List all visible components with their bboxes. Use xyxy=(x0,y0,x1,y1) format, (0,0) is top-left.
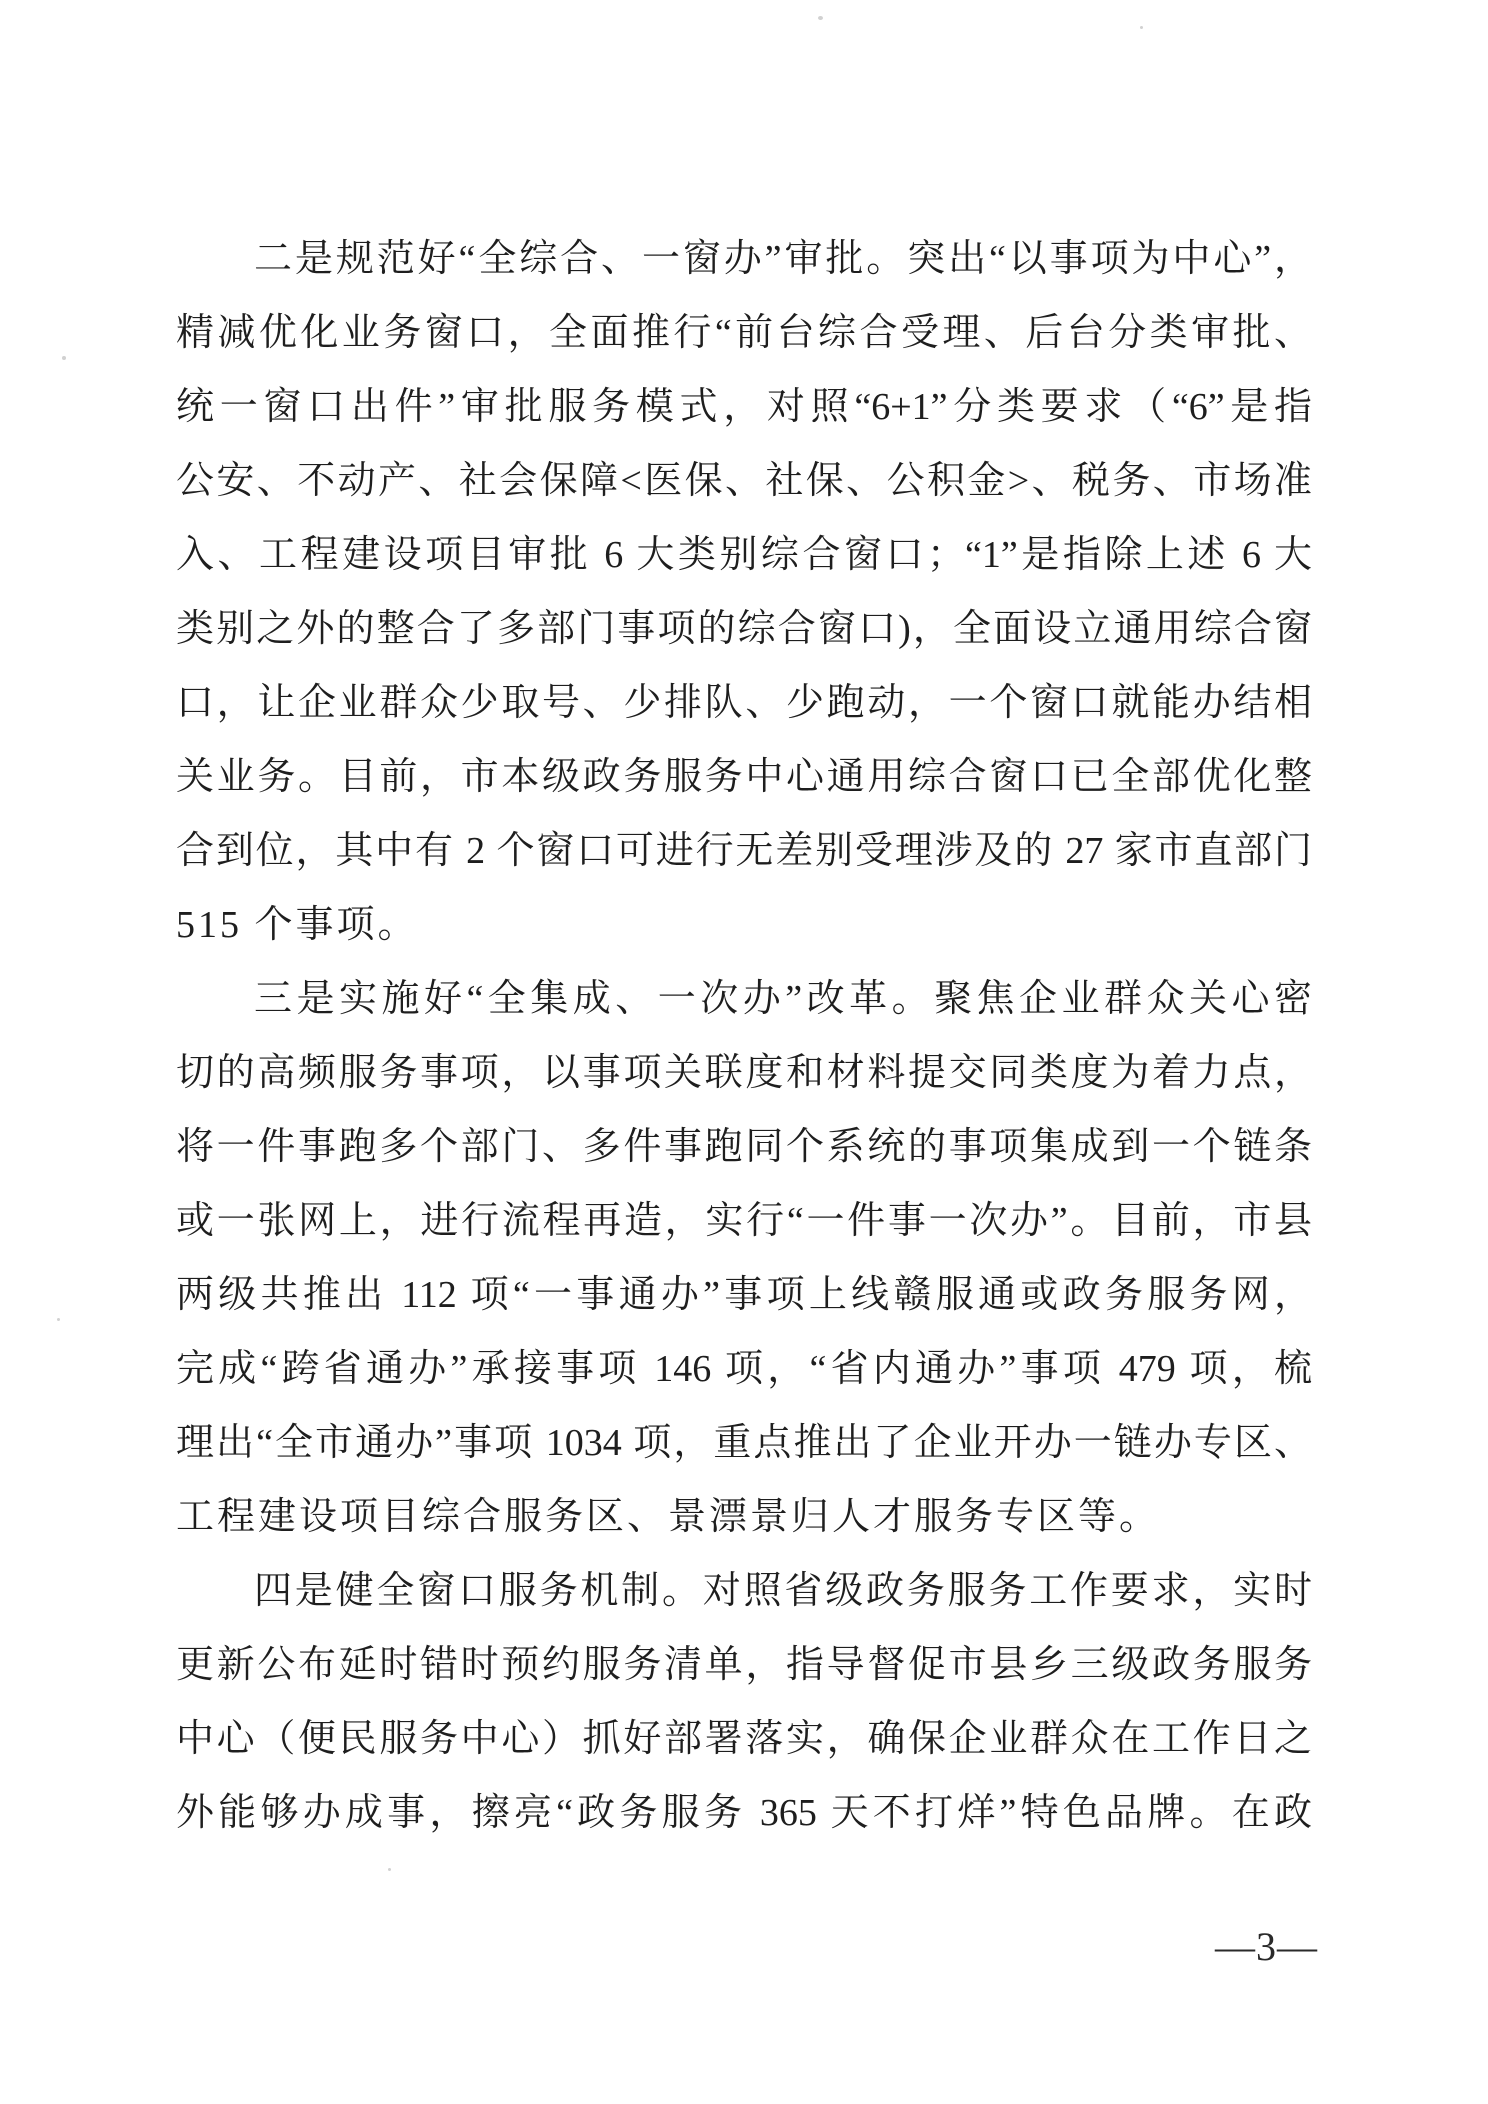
text-line: 关业务。目前，市本级政务服务中心通用综合窗口已全部优化整 xyxy=(176,740,1312,814)
scan-speck xyxy=(57,1318,60,1321)
scan-speck xyxy=(62,356,66,360)
text-line: 完成“跨省通办”承接事项 146 项，“省内通办”事项 479 项，梳 xyxy=(176,1332,1312,1406)
page-number: —3— xyxy=(1215,1922,1318,1972)
text-line: 四是健全窗口服务机制。对照省级政务服务工作要求，实时 xyxy=(176,1554,1312,1628)
text-line: 或一张网上，进行流程再造，实行“一件事一次办”。目前，市县 xyxy=(176,1184,1312,1258)
document-page: 二是规范好“全综合、一窗办”审批。突出“以事项为中心”，精减优化业务窗口，全面推… xyxy=(0,0,1488,2104)
text-line: 二是规范好“全综合、一窗办”审批。突出“以事项为中心”， xyxy=(176,222,1312,296)
text-line: 外能够办成事，擦亮“政务服务 365 天不打烊”特色品牌。在政 xyxy=(176,1776,1312,1850)
text-line: 精减优化业务窗口，全面推行“前台综合受理、后台分类审批、 xyxy=(176,296,1312,370)
text-line: 类别之外的整合了多部门事项的综合窗口)，全面设立通用综合窗 xyxy=(176,592,1312,666)
text-line: 切的高频服务事项，以事项关联度和材料提交同类度为着力点， xyxy=(176,1036,1312,1110)
text-line: 将一件事跑多个部门、多件事跑同个系统的事项集成到一个链条 xyxy=(176,1110,1312,1184)
text-line: 口，让企业群众少取号、少排队、少跑动，一个窗口就能办结相 xyxy=(176,666,1312,740)
text-line: 515 个事项。 xyxy=(176,888,1312,962)
text-line: 入、工程建设项目审批 6 大类别综合窗口；“1”是指除上述 6 大 xyxy=(176,518,1312,592)
document-body: 二是规范好“全综合、一窗办”审批。突出“以事项为中心”，精减优化业务窗口，全面推… xyxy=(176,222,1312,1850)
scan-speck xyxy=(388,1868,391,1871)
text-line: 理出“全市通办”事项 1034 项，重点推出了企业开办一链办专区、 xyxy=(176,1406,1312,1480)
paragraph: 四是健全窗口服务机制。对照省级政务服务工作要求，实时更新公布延时错时预约服务清单… xyxy=(176,1554,1312,1850)
scan-speck xyxy=(818,16,823,20)
paragraph: 三是实施好“全集成、一次办”改革。聚焦企业群众关心密切的高频服务事项，以事项关联… xyxy=(176,962,1312,1554)
text-line: 统一窗口出件”审批服务模式，对照“6+1”分类要求（“6”是指 xyxy=(176,370,1312,444)
text-line: 工程建设项目综合服务区、景漂景归人才服务专区等。 xyxy=(176,1480,1312,1554)
scan-speck xyxy=(1140,26,1143,29)
text-line: 两级共推出 112 项“一事通办”事项上线赣服通或政务服务网， xyxy=(176,1258,1312,1332)
text-line: 中心（便民服务中心）抓好部署落实，确保企业群众在工作日之 xyxy=(176,1702,1312,1776)
text-line: 三是实施好“全集成、一次办”改革。聚焦企业群众关心密 xyxy=(176,962,1312,1036)
paragraph: 二是规范好“全综合、一窗办”审批。突出“以事项为中心”，精减优化业务窗口，全面推… xyxy=(176,222,1312,962)
text-line: 更新公布延时错时预约服务清单，指导督促市县乡三级政务服务 xyxy=(176,1628,1312,1702)
text-line: 公安、不动产、社会保障<医保、社保、公积金>、税务、市场准 xyxy=(176,444,1312,518)
text-line: 合到位，其中有 2 个窗口可进行无差别受理涉及的 27 家市直部门 xyxy=(176,814,1312,888)
